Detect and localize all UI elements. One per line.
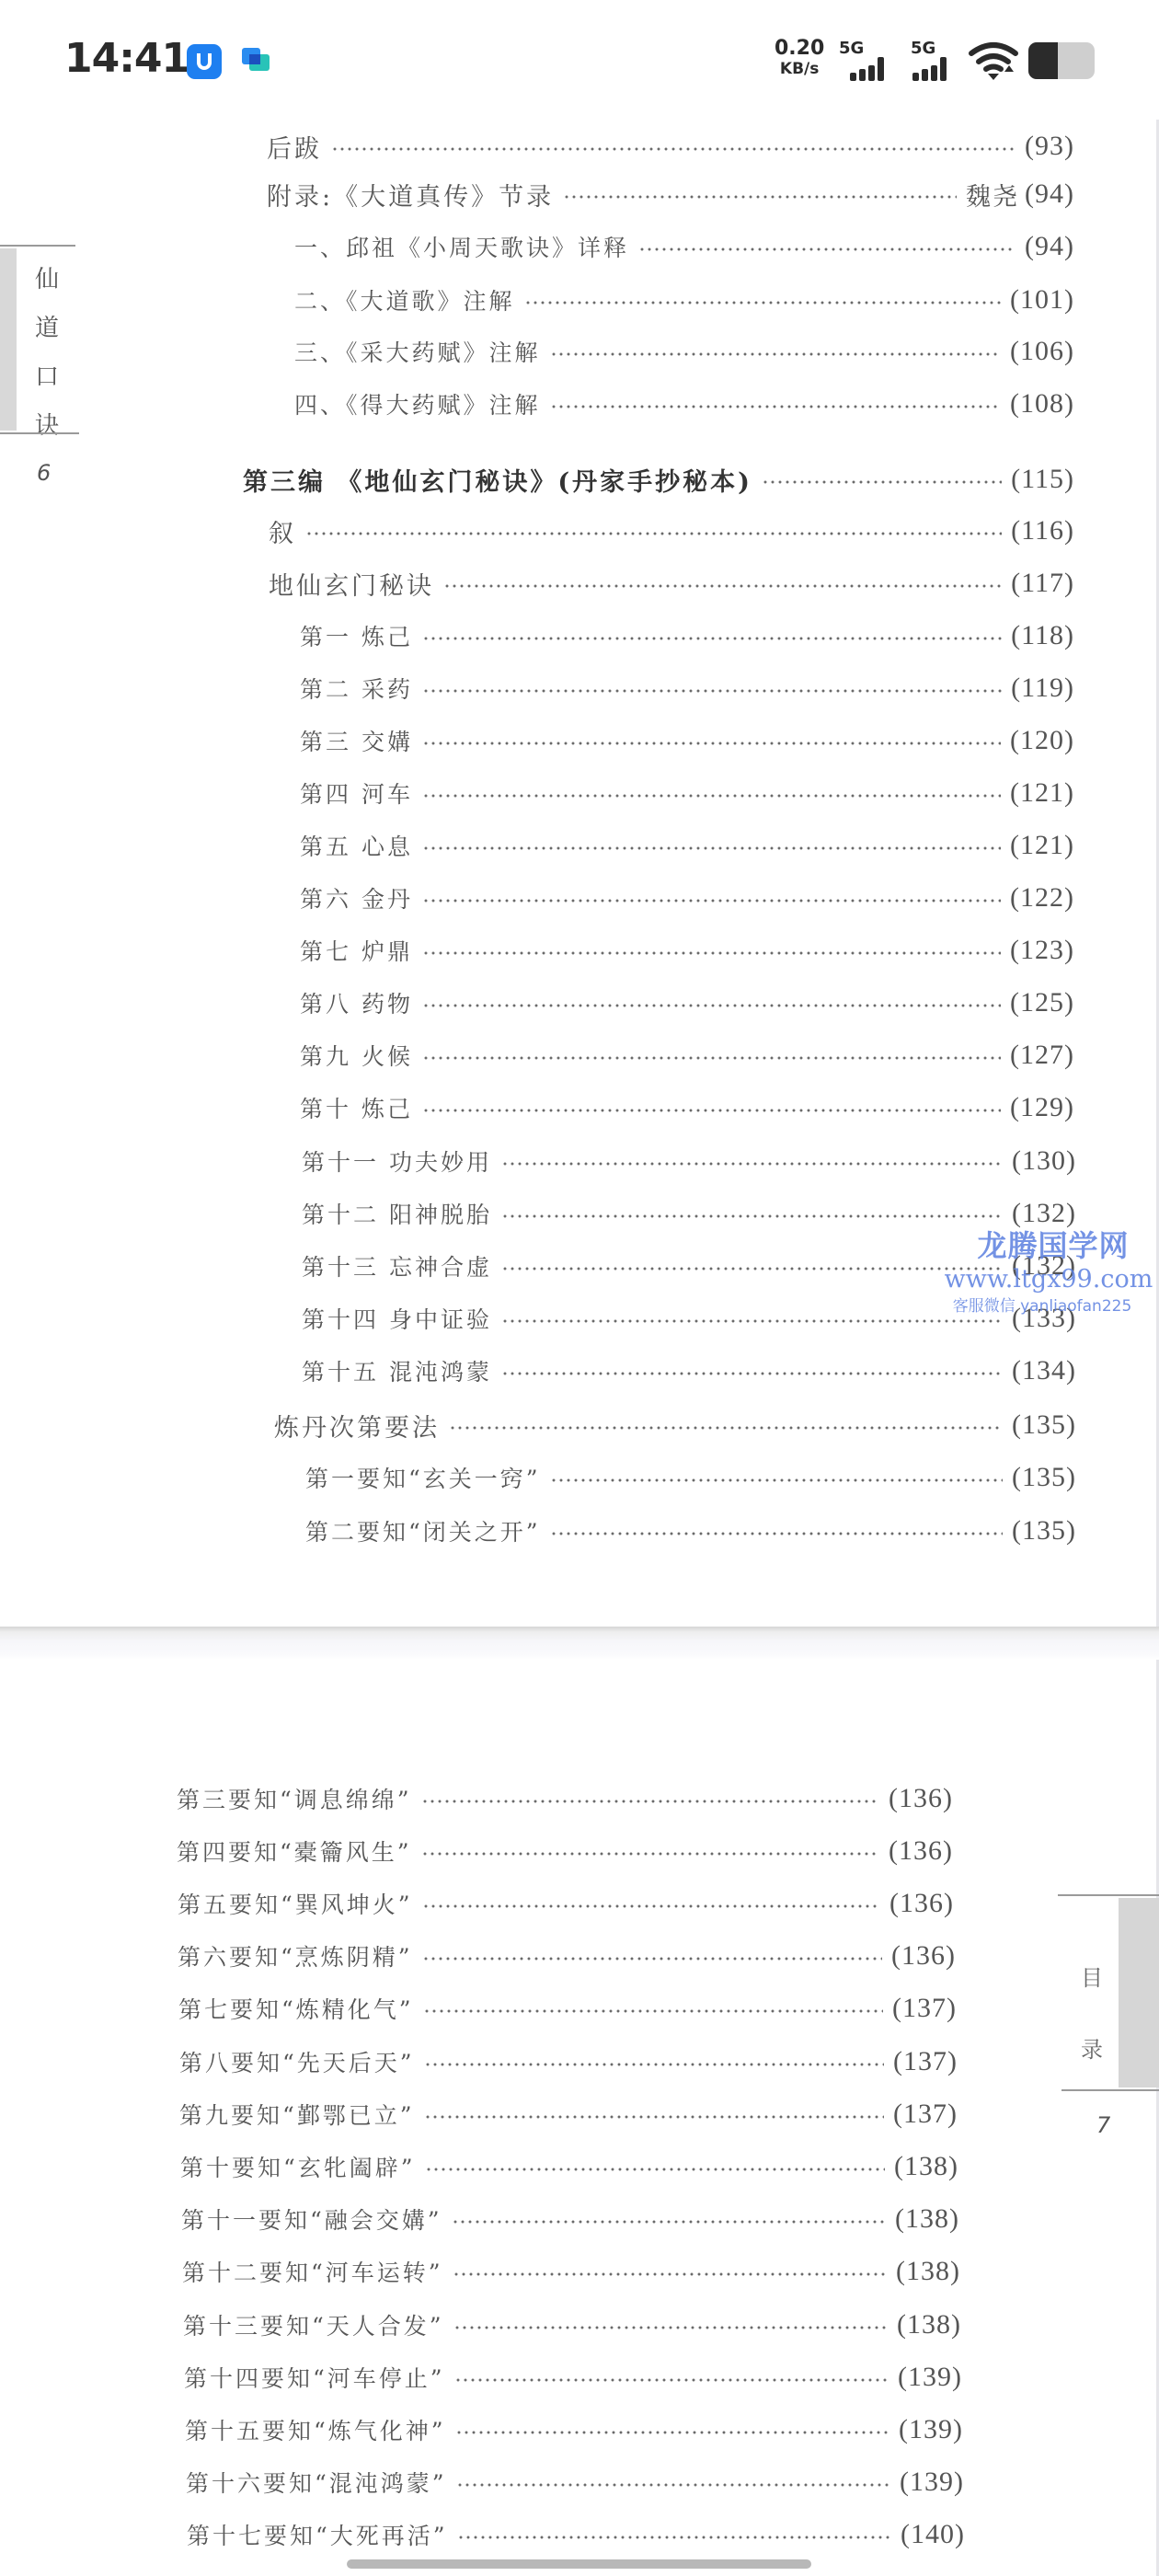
side-tab-char: 道 [33, 305, 61, 353]
signal-5g-sim1-icon: 5G [839, 39, 900, 81]
dot-leader [638, 247, 1016, 251]
page-number: 7 [1096, 2112, 1110, 2138]
dot-leader [501, 1162, 1003, 1166]
toc-entry[interactable]: 第四 河车(121) [300, 773, 1074, 813]
toc-entry[interactable]: 炼丹次第要法(135) [274, 1405, 1076, 1445]
toc-entry[interactable]: 第七 炉鼎(123) [300, 930, 1074, 971]
toc-entry[interactable]: 第六要知“烹炼阴精”(136) [178, 1936, 956, 1976]
dot-leader [550, 352, 1002, 356]
toc-entry[interactable]: 第五要知“巽风坤火”(136) [178, 1883, 954, 1924]
dot-leader [422, 846, 1001, 850]
toc-entry[interactable]: 四、《得大药赋》注解(108) [294, 384, 1074, 424]
app-notification-icon-bull [187, 44, 222, 79]
app-notification-icon-chat [242, 48, 270, 74]
status-bar: 14:41 0.20 KB/s 5G 5G [0, 0, 1159, 120]
dot-leader [453, 2326, 888, 2329]
toc-entry[interactable]: 第十要知“玄牝阖辟”(138) [180, 2146, 958, 2187]
toc-entry[interactable]: 第九 火候(127) [300, 1035, 1074, 1075]
dot-leader [305, 532, 1002, 535]
toc-entry[interactable]: 附录:《大道真传》节录魏尧(94) [267, 174, 1074, 214]
toc-entry[interactable]: 第十五要知“炼气化神”(139) [185, 2409, 963, 2450]
dot-leader [422, 1957, 882, 1961]
toc-entry[interactable]: 第四要知“橐籥风生”(136) [177, 1831, 953, 1871]
toc-entry[interactable]: 三、《采大药赋》注解(106) [294, 331, 1074, 372]
toc-entry[interactable]: 第九要知“鄞鄂已立”(137) [179, 2094, 958, 2134]
dot-leader [762, 480, 1002, 484]
dot-leader [454, 2378, 889, 2382]
status-time: 14:41 [64, 35, 189, 82]
side-tab-char: 录 [1078, 2014, 1106, 2086]
dot-leader [453, 2272, 887, 2276]
dot-leader [501, 1267, 1003, 1271]
toc-section-heading[interactable]: 第三编 《地仙玄门秘诀》(丹家手抄秘本)(115) [243, 459, 1074, 500]
dot-leader [443, 584, 1002, 588]
toc-entry[interactable]: 第五 心息(121) [300, 825, 1074, 866]
side-tab-char: 口 [33, 353, 61, 402]
toc-entry[interactable]: 第二要知“闭关之开”(135) [305, 1511, 1076, 1551]
toc-entry[interactable]: 第三要知“调息绵绵”(136) [177, 1778, 953, 1819]
dot-leader [550, 405, 1002, 408]
toc-entry[interactable]: 第十 炼己(129) [300, 1087, 1074, 1128]
toc-entry[interactable]: 二、《大道歌》注解(101) [294, 280, 1074, 320]
dot-leader [422, 742, 1001, 745]
horizontal-scrollbar[interactable] [347, 2559, 811, 2569]
side-tab-char: 目 [1078, 1942, 1106, 2014]
dot-leader [422, 1004, 1001, 1007]
toc-entry[interactable]: 叙(116) [269, 511, 1074, 551]
toc-entry[interactable]: 第二 采药(119) [300, 668, 1074, 708]
toc-entry[interactable]: 第七要知“炼精化气”(137) [178, 1988, 957, 2029]
dot-leader [423, 2009, 883, 2013]
toc-entry[interactable]: 第八要知“先天后天”(137) [179, 2041, 958, 2082]
dot-leader [331, 147, 1016, 151]
dot-leader [422, 1056, 1001, 1060]
toc-entry[interactable]: 第三 交媾(120) [300, 720, 1074, 761]
dot-leader [501, 1214, 1003, 1218]
page-divider [0, 1627, 1159, 1660]
toc-entry[interactable]: 第十六要知“混沌鸿蒙”(139) [186, 2462, 964, 2502]
toc-entry[interactable]: 第十一 功夫妙用(130) [302, 1141, 1076, 1181]
toc-entry[interactable]: 第十七要知“大死再活”(140) [187, 2514, 965, 2555]
toc-entry[interactable]: 第十二要知“河车运转”(138) [182, 2251, 960, 2292]
toc-entry[interactable]: 第一要知“玄关一窍”(135) [305, 1457, 1076, 1498]
dot-leader [422, 1904, 880, 1908]
dot-leader [422, 951, 1001, 955]
dot-leader [456, 2483, 890, 2487]
dot-leader [449, 1426, 1003, 1430]
dot-leader [424, 2063, 884, 2066]
dot-leader [422, 899, 1001, 903]
network-speed: 0.20 KB/s [775, 39, 824, 79]
toc-entry[interactable]: 地仙玄门秘诀(117) [269, 563, 1074, 604]
dot-leader [550, 1478, 1003, 1482]
dot-leader [563, 195, 957, 199]
signal-5g-sim2-icon: 5G [911, 39, 971, 81]
dot-leader [455, 2431, 889, 2434]
toc-entry[interactable]: 第十四要知“河车停止”(139) [184, 2357, 962, 2398]
dot-leader [422, 637, 1002, 640]
side-tab-contents: 目 录 [1058, 1894, 1159, 2091]
dot-leader [422, 794, 1001, 798]
toc-author: 魏尧 [966, 177, 1019, 213]
page-number: 6 [37, 460, 51, 486]
toc-entry[interactable]: 第十五 混沌鸿蒙(134) [302, 1351, 1076, 1391]
dot-leader [424, 2115, 884, 2119]
dot-leader [421, 1852, 879, 1856]
dot-leader [550, 1532, 1003, 1535]
dot-leader [425, 2168, 885, 2171]
dot-leader [501, 1372, 1003, 1375]
dot-leader [457, 2536, 891, 2539]
watermark: 龙腾国学网 www.ltgx99.com 客服微信 yanliaofan225 [947, 1227, 1159, 1317]
dot-leader [422, 689, 1002, 693]
dot-leader [422, 1109, 1001, 1112]
toc-entry[interactable]: 第六 金丹(122) [300, 878, 1074, 918]
toc-entry[interactable]: 第一 炼己(118) [300, 615, 1074, 656]
toc-entry[interactable]: 第八 药物(125) [300, 983, 1074, 1023]
battery-icon [1028, 42, 1095, 79]
toc-entry[interactable]: 一、邱祖《小周天歌诀》详释(94) [294, 226, 1074, 267]
dot-leader [421, 1800, 879, 1803]
dot-leader [524, 301, 1002, 305]
dot-leader [501, 1319, 1003, 1323]
side-tab-char: 仙 [33, 256, 61, 305]
dot-leader [452, 2220, 886, 2224]
side-tab-book-title: 仙 道 口 诀 [0, 245, 75, 434]
side-tab-char: 诀 [33, 402, 61, 451]
toc-entry[interactable]: 后跋(93) [267, 126, 1074, 167]
wifi-icon [968, 40, 1019, 81]
toc-entry[interactable]: 第十三要知“天人合发”(138) [183, 2305, 961, 2345]
toc-entry[interactable]: 第十一要知“融会交媾”(138) [181, 2199, 959, 2239]
